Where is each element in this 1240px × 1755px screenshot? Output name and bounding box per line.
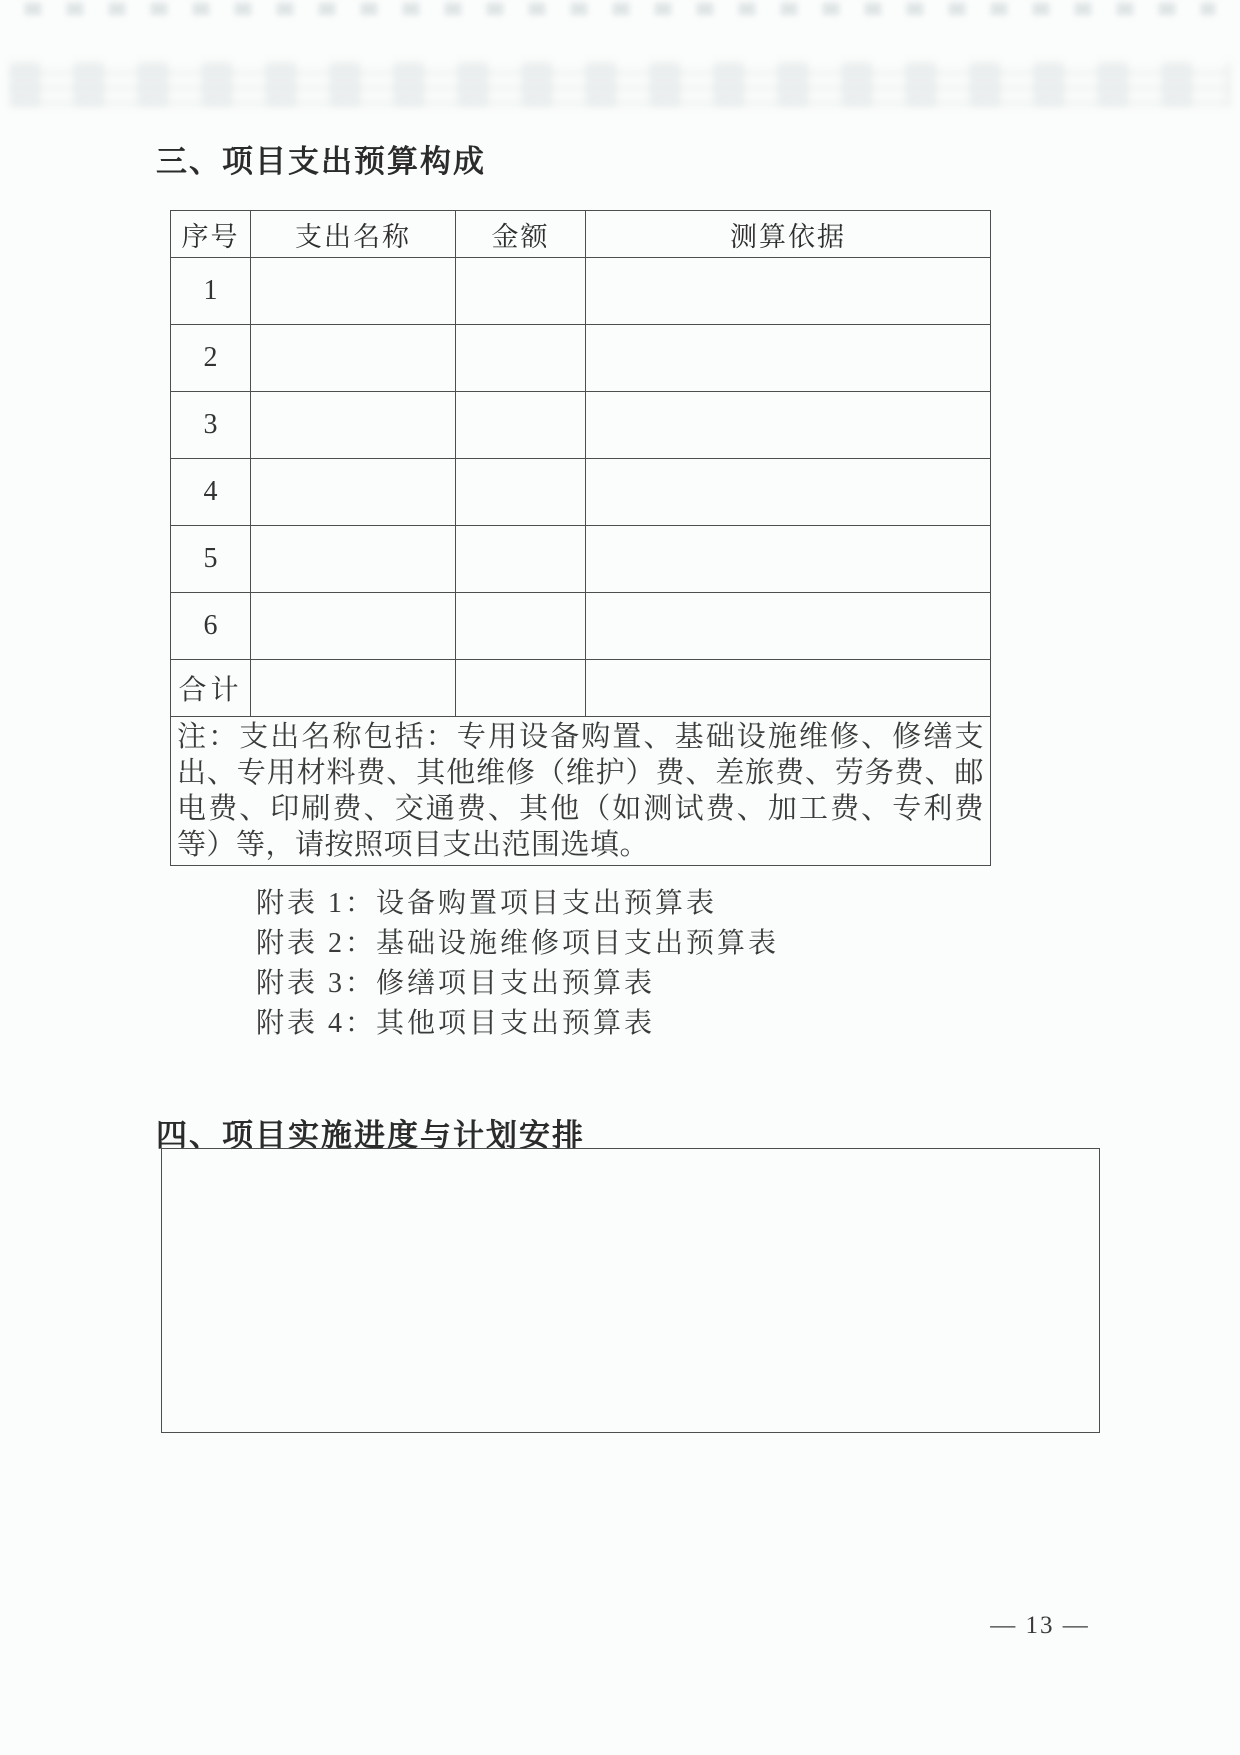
table-note: 注：支出名称包括：专用设备购置、基础设施维修、修缮支出、专用材料费、其他维修（维… <box>171 717 991 866</box>
section3-heading: 三、项目支出预算构成 <box>156 136 486 181</box>
row-number: 5 <box>171 526 251 593</box>
table-row: 2 <box>171 325 991 392</box>
budget-header-row: 序号 支出名称 金额 测算依据 <box>171 211 991 258</box>
budget-cell-empty <box>456 325 586 392</box>
budget-cell-empty <box>251 258 456 325</box>
scan-artifact-top <box>25 3 1215 15</box>
document-page: 三、项目支出预算构成 序号 支出名称 金额 测算依据 1 2 3 <box>0 0 1240 1755</box>
budget-cell-empty <box>456 258 586 325</box>
total-label: 合计 <box>171 660 251 717</box>
budget-cell-empty <box>586 593 991 660</box>
row-number: 6 <box>171 593 251 660</box>
budget-cell-empty <box>586 459 991 526</box>
budget-cell-empty <box>586 660 991 717</box>
row-number: 2 <box>171 325 251 392</box>
table-row: 3 <box>171 392 991 459</box>
budget-cell-empty <box>251 526 456 593</box>
budget-cell-empty <box>586 258 991 325</box>
header-basis: 测算依据 <box>586 211 991 258</box>
scan-artifact-band <box>10 62 1230 106</box>
header-seq: 序号 <box>171 211 251 258</box>
budget-cell-empty <box>251 392 456 459</box>
table-row: 6 <box>171 593 991 660</box>
budget-cell-empty <box>586 392 991 459</box>
row-number: 1 <box>171 258 251 325</box>
attachment-item-1: 附表 1：设备购置项目支出预算表 <box>256 884 779 924</box>
budget-cell-empty <box>456 459 586 526</box>
attachment-item-4: 附表 4：其他项目支出预算表 <box>256 1004 779 1044</box>
implementation-schedule-box <box>161 1148 1100 1433</box>
table-row: 1 <box>171 258 991 325</box>
row-number: 4 <box>171 459 251 526</box>
budget-cell-empty <box>456 660 586 717</box>
header-expense-name: 支出名称 <box>251 211 456 258</box>
budget-cell-empty <box>251 593 456 660</box>
attachment-list: 附表 1：设备购置项目支出预算表 附表 2：基础设施维修项目支出预算表 附表 3… <box>256 884 779 1044</box>
table-row: 4 <box>171 459 991 526</box>
budget-cell-empty <box>586 526 991 593</box>
attachment-item-3: 附表 3：修缮项目支出预算表 <box>256 964 779 1004</box>
table-row: 5 <box>171 526 991 593</box>
table-note-row: 注：支出名称包括：专用设备购置、基础设施维修、修缮支出、专用材料费、其他维修（维… <box>171 717 991 866</box>
page-number: — 13 — <box>955 1612 1125 1640</box>
budget-cell-empty <box>251 660 456 717</box>
header-amount: 金额 <box>456 211 586 258</box>
budget-cell-empty <box>456 526 586 593</box>
row-number: 3 <box>171 392 251 459</box>
budget-cell-empty <box>456 593 586 660</box>
budget-cell-empty <box>251 325 456 392</box>
budget-cell-empty <box>456 392 586 459</box>
budget-table: 序号 支出名称 金额 测算依据 1 2 3 4 <box>170 210 991 866</box>
budget-cell-empty <box>251 459 456 526</box>
table-total-row: 合计 <box>171 660 991 717</box>
attachment-item-2: 附表 2：基础设施维修项目支出预算表 <box>256 924 779 964</box>
budget-cell-empty <box>586 325 991 392</box>
